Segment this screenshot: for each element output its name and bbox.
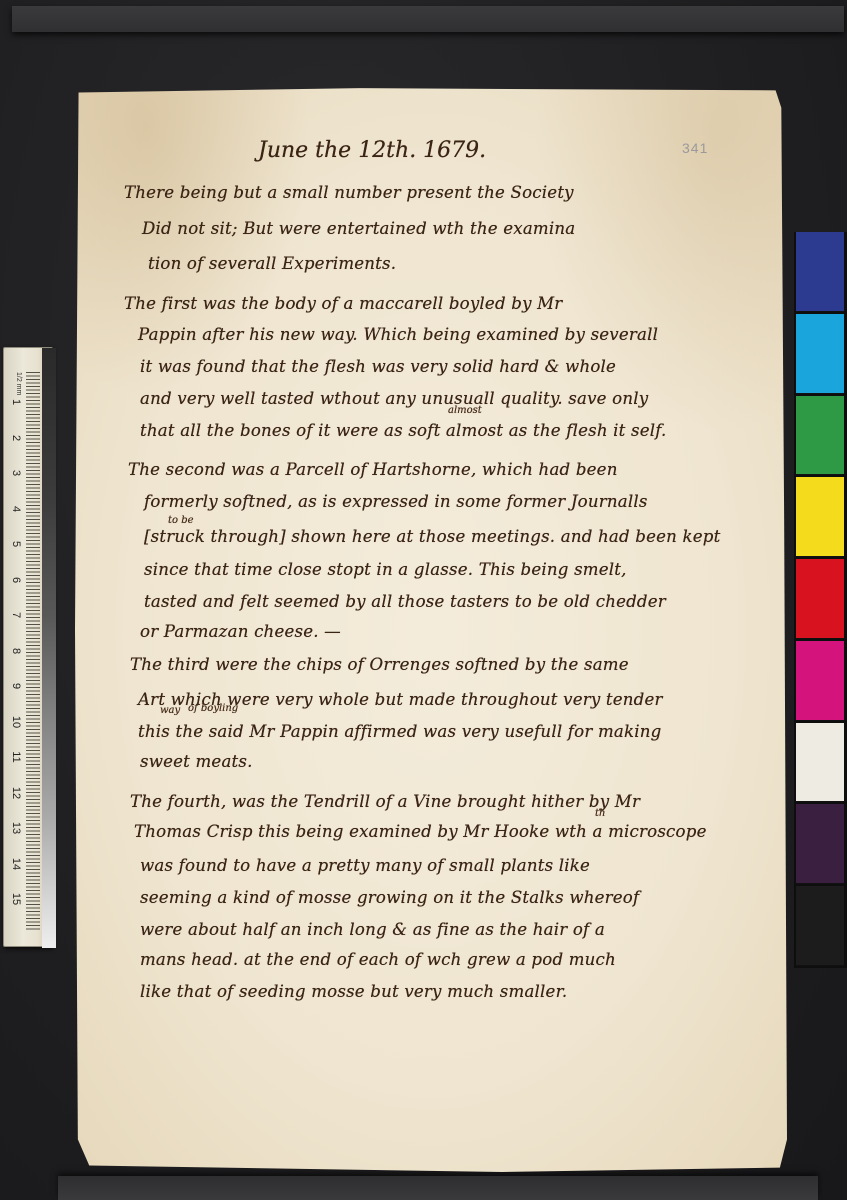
- color-swatch-red: [796, 559, 844, 639]
- manuscript-line: seeming a kind of mosse growing on it th…: [140, 888, 639, 907]
- color-swatch-magenta: [796, 641, 844, 721]
- color-swatch-black: [796, 886, 844, 966]
- manuscript-line: tion of severall Experiments.: [148, 254, 396, 273]
- interlinear-insertion: th: [595, 808, 605, 819]
- interlinear-insertion: way: [160, 705, 180, 716]
- ruler-mark: 4: [10, 499, 22, 519]
- interlinear-insertion: almost: [448, 405, 482, 416]
- manuscript-line: There being but a small number present t…: [124, 183, 574, 202]
- color-swatch-yellow: [796, 477, 844, 557]
- color-swatch-blue: [796, 232, 844, 312]
- ruler-mark: 11: [10, 747, 22, 767]
- manuscript-line: like that of seeding mosse but very much…: [140, 982, 567, 1001]
- ruler-mark: 1: [10, 392, 22, 412]
- ruler-mark: 12: [10, 783, 22, 803]
- bottom-mount-strip: [58, 1176, 818, 1200]
- date-heading: June the 12th. 1679.: [258, 138, 486, 163]
- ruler-mark: 8: [10, 641, 22, 661]
- ruler-mark: 3: [10, 463, 22, 483]
- ruler-mark: 7: [10, 605, 22, 625]
- manuscript-line: since that time close stopt in a glasse.…: [144, 560, 627, 579]
- manuscript-line: Pappin after his new way. Which being ex…: [138, 325, 658, 344]
- manuscript-line: Thomas Crisp this being examined by Mr H…: [134, 822, 707, 841]
- manuscript-line: The fourth, was the Tendrill of a Vine b…: [130, 792, 640, 811]
- ruler-mark: 10: [10, 712, 22, 732]
- manuscript-line: formerly softned, as is expressed in som…: [144, 492, 648, 511]
- manuscript-line: mans head. at the end of each of wch gre…: [140, 950, 616, 969]
- color-swatch-cyan: [796, 314, 844, 394]
- grayscale-strip: [42, 348, 56, 948]
- ruler-mark: 15: [10, 889, 22, 909]
- color-calibration-chart: [794, 232, 847, 968]
- manuscript-line: The first was the body of a maccarell bo…: [124, 294, 562, 313]
- interlinear-insertion: to be: [168, 515, 194, 526]
- manuscript-line: and very well tasted wthout any unusuall…: [140, 389, 648, 408]
- interlinear-insertion: of boyling: [188, 703, 238, 714]
- ruler-mark: 13: [10, 818, 22, 838]
- manuscript-line: tasted and felt seemed by all those tast…: [144, 592, 666, 611]
- color-swatch-purple: [796, 804, 844, 884]
- top-mount-strip: [12, 6, 844, 32]
- ruler-mark: 5: [10, 534, 22, 554]
- manuscript-line: sweet meats.: [140, 752, 253, 771]
- manuscript-line: this the said Mr Pappin affirmed was ver…: [138, 722, 661, 741]
- manuscript-line: was found to have a pretty many of small…: [140, 856, 590, 875]
- ruler-mark: 6: [10, 570, 22, 590]
- manuscript-line: Did not sit; But were entertained wth th…: [142, 219, 575, 238]
- manuscript-line: that all the bones of it were as soft al…: [140, 421, 667, 440]
- ruler-mark: 14: [10, 854, 22, 874]
- manuscript-line: [struck through] shown here at those mee…: [144, 527, 720, 546]
- ruler-mark: 9: [10, 676, 22, 696]
- folio-number: 341: [682, 140, 708, 156]
- ruler-ticks: [26, 372, 40, 932]
- manuscript-line: or Parmazan cheese. —: [140, 622, 341, 641]
- color-swatch-white: [796, 723, 844, 803]
- color-swatch-green: [796, 396, 844, 476]
- manuscript-line: The second was a Parcell of Hartshorne, …: [128, 460, 618, 479]
- measurement-ruler: 1/2 mm 123456789101112131415: [3, 347, 53, 947]
- manuscript-line: were about half an inch long & as fine a…: [140, 920, 605, 939]
- manuscript-line: it was found that the flesh was very sol…: [140, 357, 616, 376]
- ruler-mark: 2: [10, 428, 22, 448]
- manuscript-line: The third were the chips of Orrenges sof…: [130, 655, 629, 674]
